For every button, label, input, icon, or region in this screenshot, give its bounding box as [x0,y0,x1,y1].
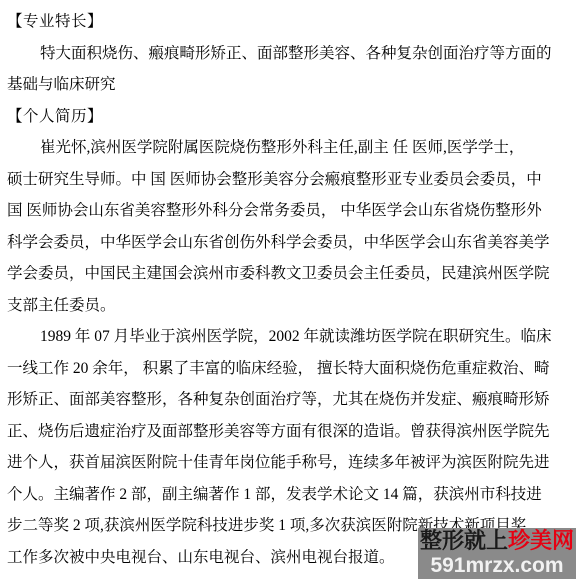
watermark-badge: 整形就上珍美网 591mrzx.com [418,528,576,579]
text-line: 一线工作 20 余年， 积累了丰富的临床经验， 擅长特大面积烧伤危重症救治、畸 [7,353,571,385]
text-line: 国 医师协会山东省美容整形外科分会常务委员， 中华医学会山东省烧伤整形外 [7,195,571,227]
document-body: 【专业特长】 特大面积烧伤、瘢痕畸形矫正、面部整形美容、各种复杂创面治疗等方面的… [7,6,571,573]
section-heading-specialty: 【专业特长】 [7,6,571,38]
text-line: 进个人，获首届滨医附院十佳青年岗位能手称号，连续多年被评为滨医附院先进 [7,447,571,479]
text-line: 1989 年 07 月毕业于滨州医学院，2002 年就读潍坊医学院在职研究生。临… [7,321,571,353]
text-line: 科学会委员，中华医学会山东省创伤外科学会委员，中华医学会山东省美容美学 [7,227,571,259]
watermark-brand-prefix: 整形就上 [420,528,508,553]
text-line: 正、烧伤后遗症治疗及面部整形美容等方面有很深的造诣。曾获得滨州医学院先 [7,416,571,448]
text-line: 个人。主编著作 2 部，副主编著作 1 部，发表学术论文 14 篇，获滨州市科技… [7,479,571,511]
text-line: 支部主任委员。 [7,290,571,322]
text-line: 形矫正、面部美容整形，各种复杂创面治疗等，尤其在烧伤并发症、瘢痕畸形矫 [7,384,571,416]
section-heading-resume: 【个人简历】 [7,101,571,133]
text-line: 崔光怀,滨州医学院附属医院烧伤整形外科主任,副主 任 医师,医学学士， [7,132,571,164]
text-line: 基础与临床研究 [7,69,571,101]
text-line: 特大面积烧伤、瘢痕畸形矫正、面部整形美容、各种复杂创面治疗等方面的 [7,38,571,70]
text-line: 硕士研究生导师。中 国 医师协会整形美容分会瘢痕整形亚专业委员会委员，中 [7,164,571,196]
watermark-brand-name: 珍美网 [508,528,574,553]
watermark-brand: 整形就上珍美网 [418,528,576,554]
watermark-domain: 591mrzx.com [418,554,576,577]
text-line: 学会委员，中国民主建国会滨州市委科教文卫委员会主任委员，民建滨州医学院 [7,258,571,290]
